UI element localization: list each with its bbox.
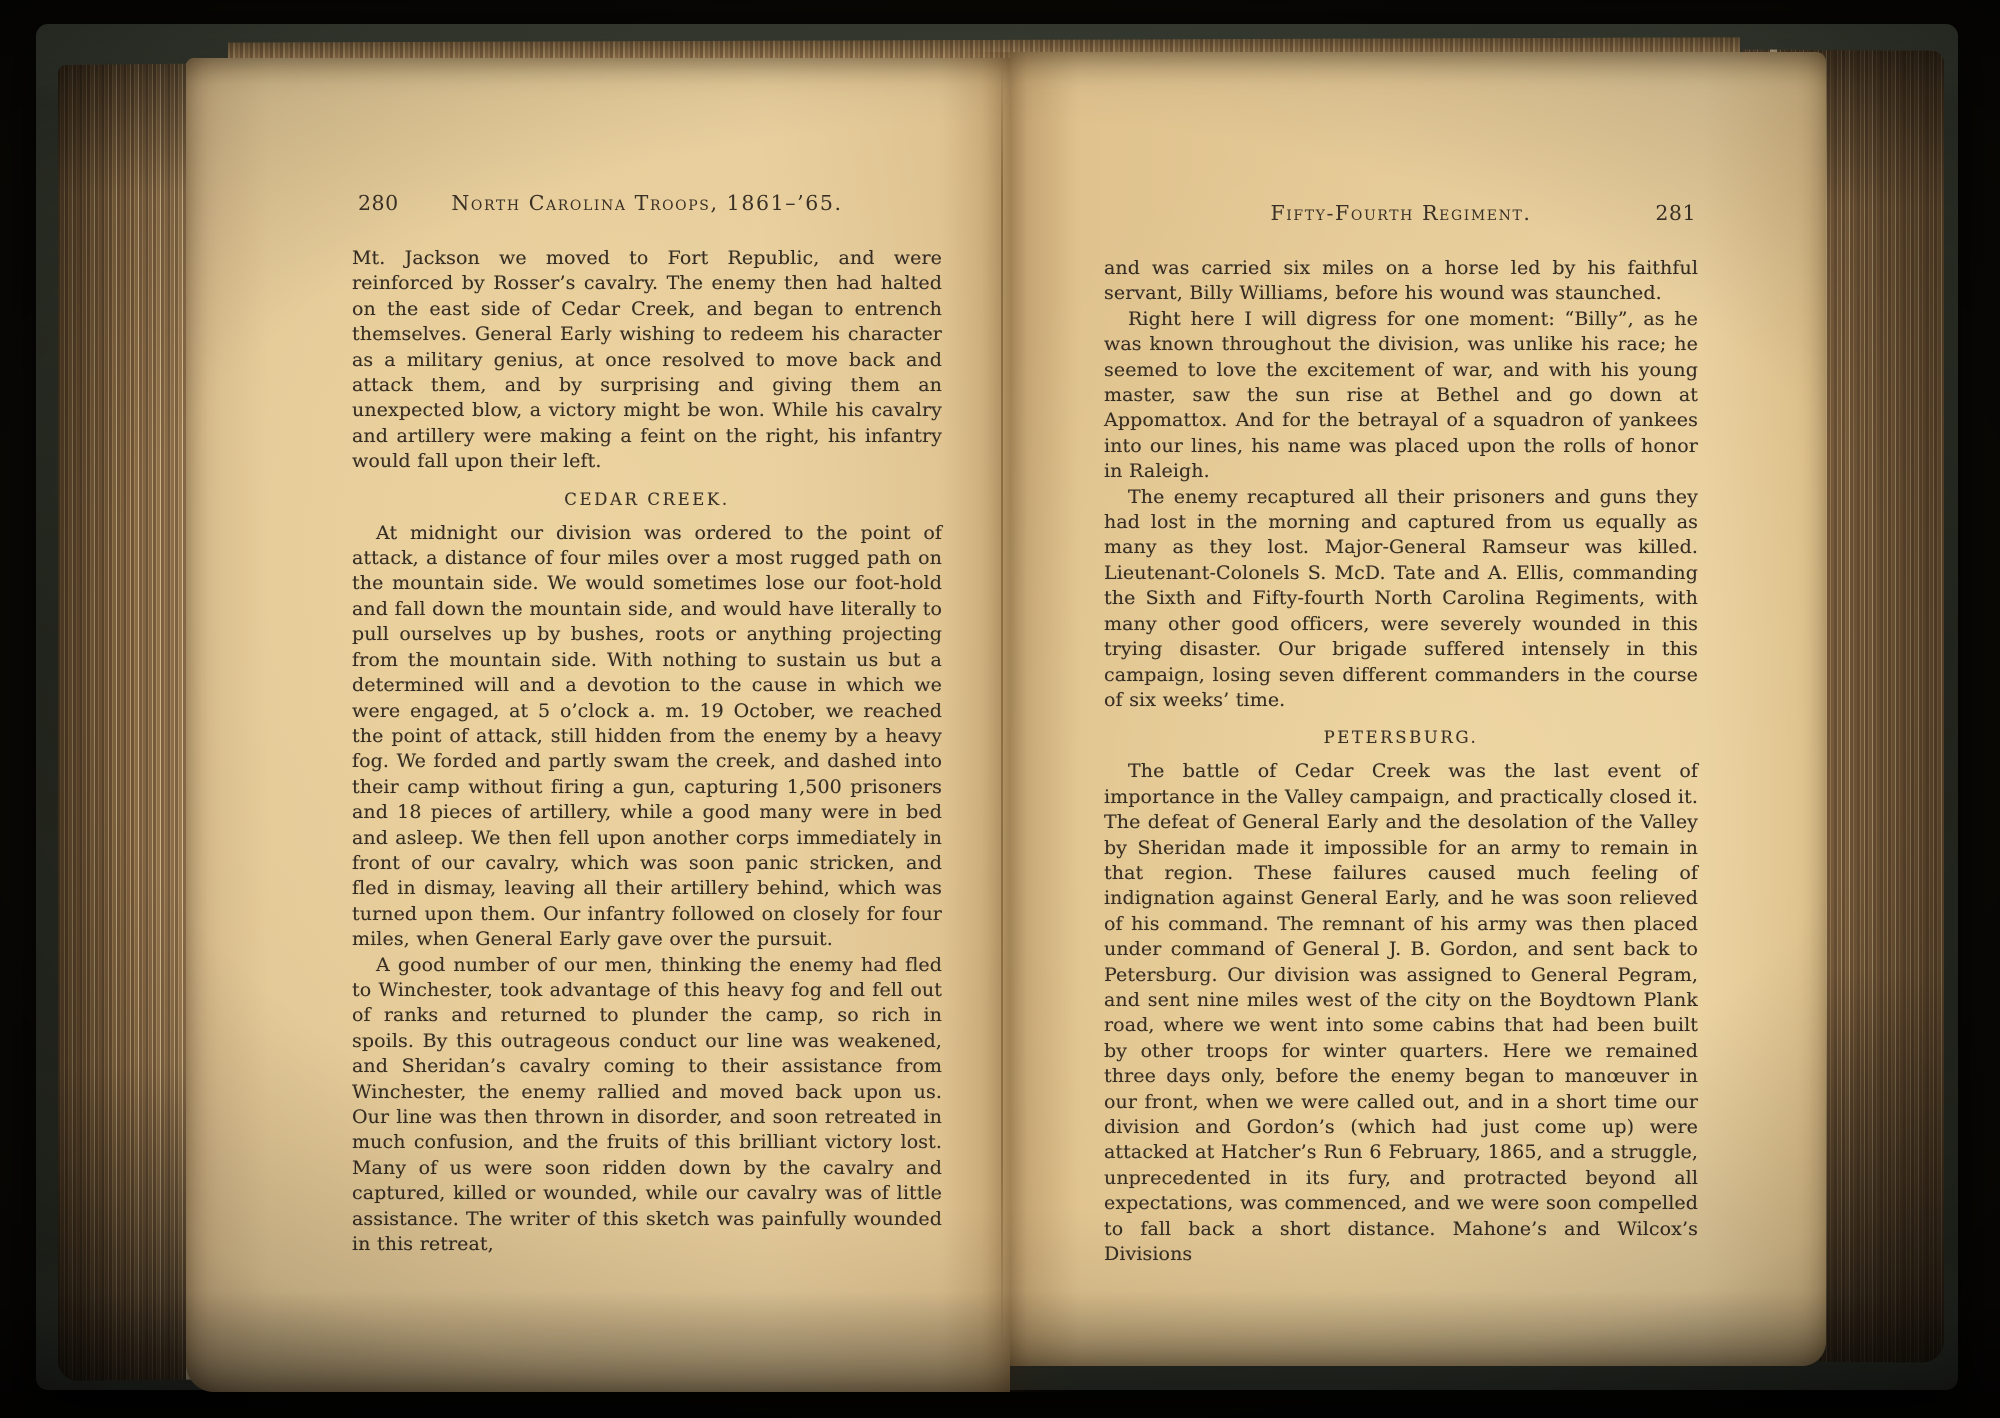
- running-head-left: 280 North Carolina Troops, 1861–’65.: [352, 190, 942, 216]
- body-paragraph: The battle of Cedar Creek was the last e…: [1104, 759, 1698, 1267]
- right-page-text-column: Fifty-Fourth Regiment. 281 and was carri…: [1104, 200, 1698, 1267]
- body-paragraph: The enemy recaptured all their prisoners…: [1104, 485, 1698, 714]
- gutter-shadow: [938, 52, 1082, 1392]
- section-heading-cedar-creek: Cedar Creek.: [352, 490, 942, 509]
- section-heading-petersburg: Petersburg.: [1104, 728, 1698, 747]
- running-title-left: North Carolina Troops, 1861–’65.: [451, 191, 842, 215]
- page-number-right: 281: [1655, 200, 1696, 226]
- running-title-right: Fifty-Fourth Regiment.: [1270, 201, 1531, 225]
- running-head-right: Fifty-Fourth Regiment. 281: [1104, 200, 1698, 226]
- body-paragraph: Mt. Jackson we moved to Fort Republic, a…: [352, 246, 942, 475]
- page-number-left: 280: [358, 190, 399, 216]
- right-page: Fifty-Fourth Regiment. 281 and was carri…: [1010, 52, 1826, 1366]
- body-paragraph: and was carried six miles on a horse led…: [1104, 256, 1698, 307]
- left-page-body: Mt. Jackson we moved to Fort Republic, a…: [352, 246, 942, 1257]
- body-paragraph: Right here I will digress for one moment…: [1104, 307, 1698, 485]
- body-paragraph: A good number of our men, thinking the e…: [352, 953, 942, 1258]
- body-paragraph: At midnight our division was ordered to …: [352, 521, 942, 953]
- left-page-text-column: 280 North Carolina Troops, 1861–’65. Mt.…: [352, 190, 942, 1257]
- gutter-fold-line: [1001, 62, 1003, 1358]
- photo-background: 280 North Carolina Troops, 1861–’65. Mt.…: [0, 0, 2000, 1418]
- right-page-body: and was carried six miles on a horse led…: [1104, 256, 1698, 1267]
- left-page: 280 North Carolina Troops, 1861–’65. Mt.…: [186, 58, 1010, 1392]
